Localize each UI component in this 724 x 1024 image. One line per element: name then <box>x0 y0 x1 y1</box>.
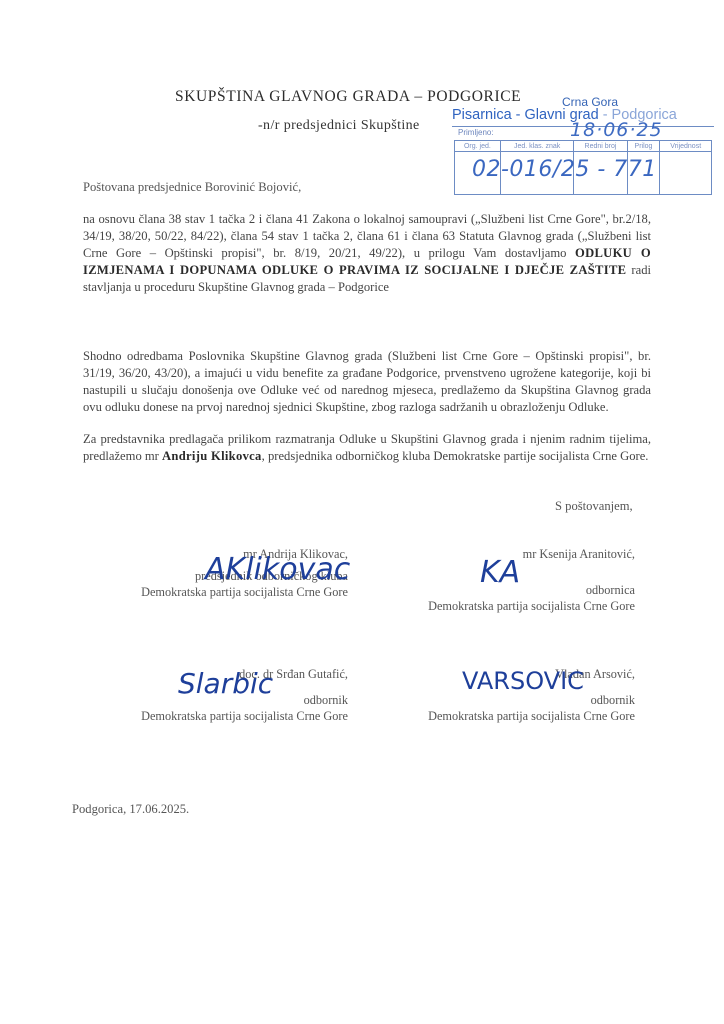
stamp-col: Org. jed. <box>455 141 501 152</box>
letter-paragraph-2: Shodno odredbama Poslovnika Skupštine Gl… <box>83 348 651 416</box>
stamp-received-row: Primljeno: 18·06·25 <box>452 126 714 140</box>
place-and-date: Podgorica, 17.06.2025. <box>72 802 189 817</box>
letter-greeting: Poštovana predsjednice Borovinić Bojović… <box>83 180 301 195</box>
signature-handwritten: VARSOVIC <box>462 667 584 695</box>
stamp-col: Prilog <box>627 141 660 152</box>
stamp-received-date: 18·06·25 <box>570 119 663 141</box>
letter-closing: S poštovanjem, <box>555 499 633 514</box>
document-addressee: -n/r predsjednici Skupštine <box>258 118 420 134</box>
stamp-col: Vrijednost <box>660 141 712 152</box>
stamp-col: Redni broj <box>574 141 627 152</box>
stamp-col: Jed. klas. znak <box>500 141 574 152</box>
registry-stamp: Crna Gora Pisarnica - Glavni grad - Podg… <box>452 95 717 199</box>
signature-handwritten: AKlikovac <box>205 552 350 587</box>
letter-paragraph-1: na osnovu člana 38 stav 1 tačka 2 i član… <box>83 211 651 296</box>
letter-paragraph-3: Za predstavnika predlagača prilikom razm… <box>83 431 651 465</box>
signatory-party: Demokratska partija socijalista Crne Gor… <box>380 598 635 614</box>
stamp-received-label: Primljeno: <box>458 128 494 137</box>
signatory-party: Demokratska partija socijalista Crne Gor… <box>100 708 348 724</box>
signature-handwritten: KA <box>480 555 520 590</box>
signatory-party: Demokratska partija socijalista Crne Gor… <box>380 708 635 724</box>
stamp-registry-number: 02-016/25 - 771 <box>472 157 657 182</box>
signature-handwritten: Slarbic <box>178 667 273 700</box>
